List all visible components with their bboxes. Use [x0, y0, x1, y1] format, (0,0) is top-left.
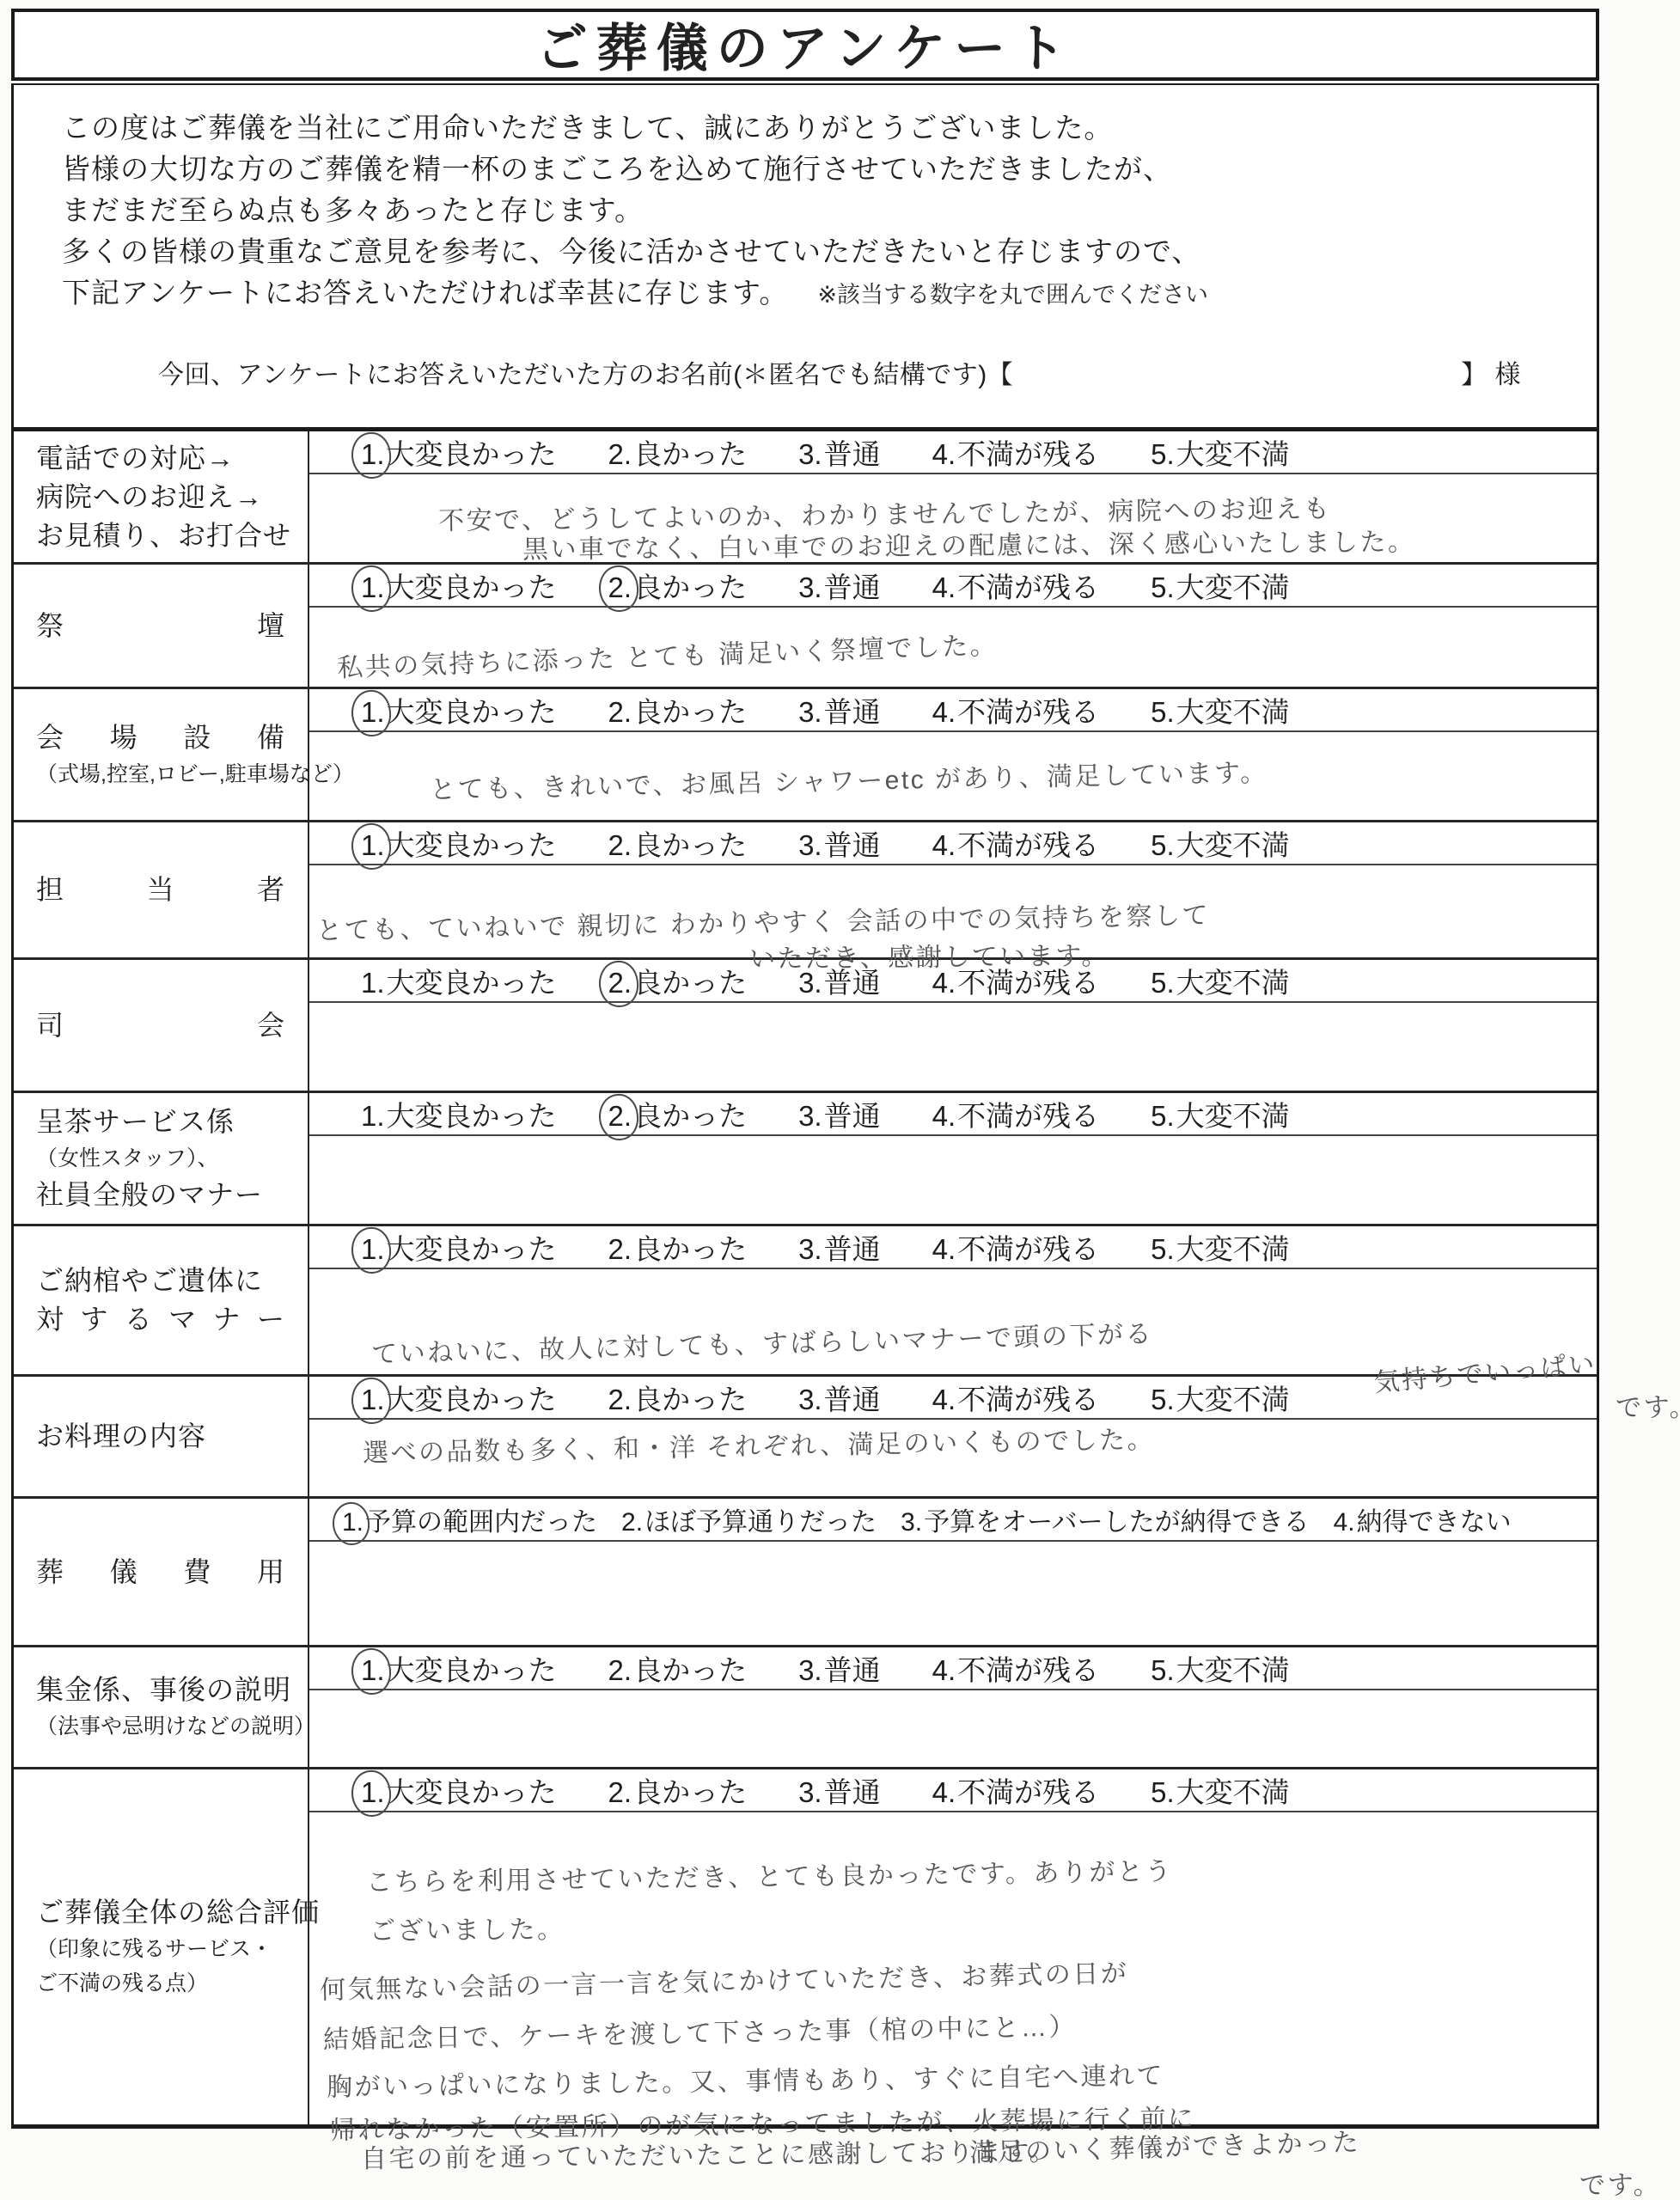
- rating-option: 5.大変不満: [1149, 1094, 1290, 1134]
- rating-option: 2.良かった: [607, 432, 748, 473]
- rating-option: 5.大変不満: [1149, 1378, 1290, 1418]
- row-label-cell: 呈茶サービス係（女性スタッフ）、社員全般のマナー: [14, 1093, 309, 1224]
- handwritten-comment: 何気無ない会話の一言一言を気にかけていただき、お葬式の日が: [320, 1952, 1129, 2007]
- option-number: 4.: [931, 829, 958, 862]
- rating-option: 4.不満が残る: [931, 565, 1100, 606]
- row-answer-cell: 1.大変良かった2.良かった3.普通4.不満が残る5.大変不満ていねいに、故人に…: [309, 1226, 1597, 1374]
- option-number: 5.: [1149, 1100, 1176, 1133]
- option-number: 3.: [797, 1384, 824, 1416]
- option-number: 4.: [931, 696, 958, 729]
- option-number: 2.: [607, 1776, 634, 1809]
- circled-option-number: 1.: [340, 1508, 365, 1537]
- rating-option: 5.大変不満: [1149, 690, 1290, 730]
- handwritten-footer-note-1: 自宅の前を通っていただいたことに感謝しております。: [361, 2130, 1058, 2175]
- form-title: ご葬儀のアンケート: [536, 8, 1074, 82]
- intro-line-5: 下記アンケートにお答えいただければ幸甚に存じます。※該当する数字を丸で囲んでくだ…: [62, 272, 1562, 315]
- rating-option: 4.不満が残る: [931, 1378, 1100, 1418]
- rating-option: 4.納得できない: [1332, 1500, 1512, 1538]
- option-label: 大変良かった: [387, 1227, 557, 1268]
- handwritten-comment: 選べの品数も多く、和・洋 それぞれ、満足のいくものでした。: [363, 1418, 1156, 1470]
- survey-row: 会場設備（式場,控室,ロビー,駐車場など）1.大変良かった2.良かった3.普通4…: [14, 689, 1597, 822]
- rating-option: 1.大変良かった: [359, 432, 557, 473]
- rating-option: 3.普通: [797, 1648, 881, 1689]
- row-label-line: ご納棺やご遺体に: [36, 1262, 285, 1300]
- row-label-line: 社員全般のマナー: [36, 1176, 285, 1214]
- row-label-cell: ご納棺やご遺体に対するマナー: [14, 1226, 309, 1374]
- options-line: 1.大変良かった2.良かった3.普通4.不満が残る5.大変不満: [309, 822, 1597, 865]
- handwritten-comment: こちらを利用させていただき、とても良かったです。ありがとう: [366, 1849, 1173, 1898]
- row-label-line: 祭壇: [36, 607, 285, 645]
- row-label-cell: 葬儀費用: [14, 1499, 309, 1645]
- options-line: 1.大変良かった2.良かった3.普通4.不満が残る5.大変不満: [309, 565, 1597, 608]
- name-suffix: 】 様: [1461, 353, 1521, 391]
- rating-option: 5.大変不満: [1149, 1770, 1290, 1811]
- option-label: 大変良かった: [387, 1094, 557, 1134]
- circled-option-number: 2.: [607, 967, 634, 999]
- rating-option: 3.普通: [797, 1094, 881, 1134]
- option-label: 大変不満: [1176, 432, 1290, 473]
- row-label-cell: 集金係、事後の説明（法事や忌明けなどの説明）: [14, 1647, 309, 1767]
- row-label-line: 病院へのお迎え→: [36, 478, 285, 516]
- option-number: 3.: [797, 829, 824, 862]
- comment-area: とても、ていねいで 親切に わかりやすく 会話の中での気持ちを察していただき、感…: [309, 865, 1597, 957]
- options-line: 1.大変良かった2.良かった3.普通4.不満が残る5.大変不満: [309, 431, 1597, 474]
- option-label: 不満が残る: [957, 1770, 1099, 1811]
- rating-option: 3.予算をオーバーしたが納得できる: [899, 1500, 1310, 1538]
- rating-option: 4.不満が残る: [931, 961, 1100, 1001]
- handwritten-comment: です。: [1616, 1386, 1680, 1424]
- row-answer-cell: 1.大変良かった2.良かった3.普通4.不満が残る5.大変不満選べの品数も多く、…: [309, 1377, 1597, 1496]
- rating-option: 1.大変良かった: [359, 823, 557, 864]
- option-label: 普通: [824, 1378, 881, 1418]
- option-number: 1.: [359, 1100, 387, 1133]
- rating-option: 2.良かった: [607, 1648, 748, 1689]
- option-label: 良かった: [633, 1227, 747, 1268]
- option-number: 2.: [620, 1508, 645, 1537]
- survey-row: ご葬儀全体の総合評価（印象に残るサービス・ご不満の残る点）1.大変良かった2.良…: [14, 1769, 1597, 2124]
- option-number: 3.: [797, 967, 824, 999]
- comment-area: 選べの品数も多く、和・洋 それぞれ、満足のいくものでした。: [309, 1420, 1597, 1496]
- survey-row: 葬儀費用1.予算の範囲内だった2.ほぼ予算通りだった3.予算をオーバーしたが納得…: [14, 1499, 1597, 1647]
- rating-option: 4.不満が残る: [931, 823, 1100, 864]
- options-line: 1.大変良かった2.良かった3.普通4.不満が残る5.大変不満: [309, 1377, 1597, 1420]
- rating-option: 1.大変良かった: [359, 1227, 557, 1268]
- option-number: 5.: [1149, 696, 1176, 729]
- row-label-line: 司会: [36, 1006, 285, 1045]
- option-label: 大変良かった: [387, 1770, 557, 1811]
- option-label: 不満が残る: [957, 1094, 1099, 1134]
- circle-instruction-note: ※該当する数字を丸で囲んでください: [817, 282, 1208, 308]
- row-label-cell: ご葬儀全体の総合評価（印象に残るサービス・ご不満の残る点）: [14, 1769, 309, 2124]
- option-label: 良かった: [633, 565, 747, 606]
- handwritten-comment: 黒い車でなく、白い車でのお迎えの配慮には、深く感心いたしました。: [522, 520, 1416, 565]
- options-line: 1.大変良かった2.良かった3.普通4.不満が残る5.大変不満: [309, 960, 1597, 1003]
- comment-area: [309, 1542, 1597, 1645]
- intro-line-4: 多くの皆様の貴重なご意見を参考に、今後に活かさせていただきたいと存じますので、: [62, 231, 1562, 272]
- handwritten-footer-note-3: です。: [1579, 2164, 1661, 2200]
- option-number: 4.: [1332, 1508, 1357, 1537]
- circled-option-number: 1.: [359, 438, 387, 471]
- comment-area: ていねいに、故人に対しても、すばらしいマナーで頭の下がる気持ちでいっぱいです。: [309, 1269, 1597, 1374]
- row-label-cell: 電話での対応→病院へのお迎え→お見積り、お打合せ: [14, 431, 309, 562]
- row-answer-cell: 1.大変良かった2.良かった3.普通4.不満が残る5.大変不満とても、ていねいで…: [309, 822, 1597, 957]
- option-label: 普通: [824, 690, 881, 730]
- row-label-line: ご不満の残る点）: [36, 1966, 285, 2001]
- rating-option: 4.不満が残る: [931, 1094, 1100, 1134]
- option-number: 2.: [607, 829, 634, 862]
- option-label: 不満が残る: [957, 823, 1099, 864]
- survey-row: 祭壇1.大変良かった2.良かった3.普通4.不満が残る5.大変不満私共の気持ちに…: [14, 565, 1597, 689]
- intro-line-3: まだまだ至らぬ点も多々あったと存じます。: [62, 190, 1562, 231]
- row-label-cell: 祭壇: [14, 565, 309, 687]
- row-label-cell: 会場設備（式場,控室,ロビー,駐車場など）: [14, 689, 309, 820]
- rating-option: 5.大変不満: [1149, 1227, 1290, 1268]
- rating-option: 1.大変良かった: [359, 1378, 557, 1418]
- survey-table: 電話での対応→病院へのお迎え→お見積り、お打合せ1.大変良かった2.良かった3.…: [11, 429, 1599, 2129]
- rating-option: 3.普通: [797, 1770, 881, 1811]
- circled-option-number: 1.: [359, 1776, 387, 1809]
- row-answer-cell: 1.大変良かった2.良かった3.普通4.不満が残る5.大変不満: [309, 1647, 1597, 1767]
- handwritten-comment: 胸がいっぱいになりました。又、事情もあり、すぐに自宅へ連れて: [327, 2054, 1165, 2104]
- option-number: 2.: [607, 438, 634, 471]
- option-label: 普通: [824, 961, 881, 1001]
- option-label: 大変良かった: [387, 690, 557, 730]
- row-label-line: ご葬儀全体の総合評価: [36, 1893, 285, 1932]
- rating-option: 3.普通: [797, 823, 881, 864]
- row-label-line: 葬儀費用: [36, 1553, 285, 1592]
- options-line: 1.大変良かった2.良かった3.普通4.不満が残る5.大変不満: [309, 1769, 1597, 1812]
- rating-option: 3.普通: [797, 432, 881, 473]
- option-number: 4.: [931, 1100, 958, 1133]
- row-label-line: （女性スタッフ）、: [36, 1141, 285, 1176]
- option-label: 不満が残る: [957, 565, 1099, 606]
- option-label: 良かった: [633, 961, 747, 1001]
- rating-option: 3.普通: [797, 1378, 881, 1418]
- rating-option: 1.大変良かった: [359, 565, 557, 606]
- comment-area: [309, 1690, 1597, 1767]
- survey-row: 司会1.大変良かった2.良かった3.普通4.不満が残る5.大変不満: [14, 960, 1597, 1093]
- handwritten-comment: ていねいに、故人に対しても、すばらしいマナーで頭の下がる: [371, 1312, 1154, 1371]
- rating-option: 5.大変不満: [1149, 1648, 1290, 1689]
- option-number: 3.: [797, 1776, 824, 1809]
- rating-option: 2.良かった: [607, 690, 748, 730]
- intro-line-5-text: 下記アンケートにお答えいただければ幸甚に存じます。: [62, 277, 788, 309]
- option-number: 5.: [1149, 438, 1176, 471]
- scanned-survey-sheet: ご葬儀のアンケート この度はご葬儀を当社にご用命いただきまして、誠にありがとうご…: [11, 9, 1599, 2129]
- option-number: 4.: [931, 438, 958, 471]
- handwritten-comment: 結婚記念日で、ケーキを渡して下さった事（棺の中にと…）: [323, 2005, 1078, 2056]
- option-label: 良かった: [633, 1648, 747, 1689]
- row-label-line: 集金係、事後の説明: [36, 1671, 285, 1709]
- options-line: 1.大変良かった2.良かった3.普通4.不満が残る5.大変不満: [309, 1226, 1597, 1269]
- row-answer-cell: 1.予算の範囲内だった2.ほぼ予算通りだった3.予算をオーバーしたが納得できる4…: [309, 1499, 1597, 1645]
- option-number: 3.: [797, 1233, 824, 1266]
- option-number: 2.: [607, 1233, 634, 1266]
- option-number: 4.: [931, 1384, 958, 1416]
- option-label: 不満が残る: [957, 1227, 1099, 1268]
- option-label: 普通: [824, 1770, 881, 1811]
- option-number: 2.: [607, 1654, 634, 1687]
- row-label-line: お見積り、お打合せ: [36, 516, 285, 555]
- row-label-cell: 司会: [14, 960, 309, 1091]
- option-number: 1.: [359, 967, 387, 999]
- row-label-cell: お料理の内容: [14, 1377, 309, 1496]
- row-label-cell: 担当者: [14, 822, 309, 957]
- option-label: 大変不満: [1176, 1648, 1290, 1689]
- rating-option: 3.普通: [797, 961, 881, 1001]
- option-label: 良かった: [633, 432, 747, 473]
- option-label: ほぼ予算通りだった: [645, 1500, 877, 1538]
- row-label-line: 会場設備: [36, 718, 285, 757]
- row-answer-cell: 1.大変良かった2.良かった3.普通4.不満が残る5.大変不満不安で、どうしてよ…: [309, 431, 1597, 562]
- option-number: 4.: [931, 967, 958, 999]
- options-line: 1.大変良かった2.良かった3.普通4.不満が残る5.大変不満: [309, 689, 1597, 732]
- option-label: 納得できない: [1357, 1500, 1512, 1538]
- option-label: 大変不満: [1176, 565, 1290, 606]
- option-number: 3.: [797, 696, 824, 729]
- option-number: 4.: [931, 1776, 958, 1809]
- rating-option: 5.大変不満: [1149, 961, 1290, 1001]
- option-number: 4.: [931, 1233, 958, 1266]
- rating-option: 4.不満が残る: [931, 1770, 1100, 1811]
- rating-option: 4.不満が残る: [931, 432, 1100, 473]
- survey-row: 集金係、事後の説明（法事や忌明けなどの説明）1.大変良かった2.良かった3.普通…: [14, 1647, 1597, 1769]
- option-label: 普通: [824, 565, 881, 606]
- comment-area: 私共の気持ちに添った とても 満足いく祭壇でした。: [309, 608, 1597, 687]
- row-label-line: （法事や忌明けなどの説明）: [36, 1709, 285, 1744]
- option-number: 5.: [1149, 829, 1176, 862]
- option-label: 不満が残る: [957, 1648, 1099, 1689]
- handwritten-comment: ございました。: [370, 1908, 565, 1947]
- rating-option: 1.大変良かった: [359, 690, 557, 730]
- row-answer-cell: 1.大変良かった2.良かった3.普通4.不満が残る5.大変不満とても、きれいで、…: [309, 689, 1597, 820]
- row-answer-cell: 1.大変良かった2.良かった3.普通4.不満が残る5.大変不満: [309, 960, 1597, 1091]
- option-label: 良かった: [633, 1378, 747, 1418]
- comment-area: [309, 1136, 1597, 1224]
- row-label-line: お料理の内容: [36, 1417, 285, 1456]
- option-label: 予算をオーバーしたが納得できる: [924, 1500, 1310, 1538]
- circled-option-number: 1.: [359, 1384, 387, 1416]
- option-number: 5.: [1149, 1384, 1176, 1416]
- row-label-line: （式場,控室,ロビー,駐車場など）: [36, 757, 285, 791]
- option-label: 大変良かった: [387, 432, 557, 473]
- rating-option: 4.不満が残る: [931, 1648, 1100, 1689]
- option-label: 大変不満: [1176, 823, 1290, 864]
- intro-line-1: この度はご葬儀を当社にご用命いただきまして、誠にありがとうございました。: [62, 107, 1562, 149]
- option-number: 3.: [797, 438, 824, 471]
- row-label-line: 対するマナー: [36, 1300, 285, 1339]
- option-label: 普通: [824, 1227, 881, 1268]
- comment-area: こちらを利用させていただき、とても良かったです。ありがとうございました。何気無な…: [309, 1812, 1597, 2124]
- options-line: 1.大変良かった2.良かった3.普通4.不満が残る5.大変不満: [309, 1647, 1597, 1690]
- rating-option: 1.大変良かった: [359, 1770, 557, 1811]
- option-label: 大変良かった: [387, 823, 557, 864]
- option-label: 大変良かった: [387, 961, 557, 1001]
- option-number: 3.: [797, 1654, 824, 1687]
- rating-option: 2.良かった: [607, 1378, 748, 1418]
- row-answer-cell: 1.大変良かった2.良かった3.普通4.不満が残る5.大変不満こちらを利用させて…: [309, 1769, 1597, 2124]
- respondent-name-line: 今回、アンケートにお答えいただいた方のお名前(＊匿名でも結構です)【 】 様: [62, 353, 1562, 391]
- rating-option: 5.大変不満: [1149, 432, 1290, 473]
- rating-option: 5.大変不満: [1149, 823, 1290, 864]
- option-label: 良かった: [633, 1770, 747, 1811]
- comment-area: 不安で、どうしてよいのか、わかりませんでしたが、病院へのお迎えも黒い車でなく、白…: [309, 474, 1597, 562]
- option-number: 2.: [607, 1384, 634, 1416]
- circled-option-number: 2.: [607, 571, 634, 604]
- option-label: 大変良かった: [387, 565, 557, 606]
- option-label: 大変不満: [1176, 1770, 1290, 1811]
- option-label: 大変不満: [1176, 1378, 1290, 1418]
- option-label: 不満が残る: [957, 690, 1099, 730]
- rating-option: 2.良かった: [607, 565, 748, 606]
- option-label: 良かった: [633, 1094, 747, 1134]
- option-label: 不満が残る: [957, 1378, 1099, 1418]
- survey-row: ご納棺やご遺体に対するマナー1.大変良かった2.良かった3.普通4.不満が残る5…: [14, 1226, 1597, 1377]
- option-label: 予算の範囲内だった: [365, 1500, 597, 1538]
- option-number: 4.: [931, 1654, 958, 1687]
- option-label: 大変不満: [1176, 961, 1290, 1001]
- comment-area: [309, 1003, 1597, 1091]
- rating-option: 3.普通: [797, 565, 881, 606]
- option-label: 大変不満: [1176, 1094, 1290, 1134]
- rating-option: 2.良かった: [607, 1227, 748, 1268]
- rating-option: 2.良かった: [607, 1770, 748, 1811]
- row-label-line: 電話での対応→: [36, 439, 285, 478]
- option-label: 大変良かった: [387, 1648, 557, 1689]
- rating-option: 1.大変良かった: [359, 1648, 557, 1689]
- option-label: 不満が残る: [957, 432, 1099, 473]
- survey-row: 担当者1.大変良かった2.良かった3.普通4.不満が残る5.大変不満とても、てい…: [14, 822, 1597, 960]
- circled-option-number: 1.: [359, 1654, 387, 1687]
- row-label-line: 担当者: [36, 871, 285, 909]
- option-label: 普通: [824, 432, 881, 473]
- name-prompt: 今回、アンケートにお答えいただいた方のお名前(＊匿名でも結構です)【: [158, 353, 1013, 391]
- survey-row: 電話での対応→病院へのお迎え→お見積り、お打合せ1.大変良かった2.良かった3.…: [14, 431, 1597, 565]
- option-number: 2.: [607, 696, 634, 729]
- rating-option: 1.大変良かった: [359, 1094, 557, 1134]
- option-label: 良かった: [633, 690, 747, 730]
- intro-section: この度はご葬儀を当社にご用命いただきまして、誠にありがとうございました。 皆様の…: [11, 83, 1599, 430]
- title-box: ご葬儀のアンケート: [11, 9, 1599, 81]
- survey-row: 呈茶サービス係（女性スタッフ）、社員全般のマナー1.大変良かった2.良かった3.…: [14, 1093, 1597, 1226]
- circled-option-number: 1.: [359, 1233, 387, 1266]
- row-answer-cell: 1.大変良かった2.良かった3.普通4.不満が残る5.大変不満私共の気持ちに添っ…: [309, 565, 1597, 687]
- rating-option: 5.大変不満: [1149, 565, 1290, 606]
- option-label: 普通: [824, 823, 881, 864]
- rating-option: 2.ほぼ予算通りだった: [620, 1500, 877, 1538]
- option-label: 良かった: [633, 823, 747, 864]
- row-label-line: 呈茶サービス係: [36, 1103, 285, 1141]
- option-number: 3.: [797, 571, 824, 604]
- rating-option: 4.不満が残る: [931, 690, 1100, 730]
- option-number: 4.: [931, 571, 958, 604]
- rating-option: 4.不満が残る: [931, 1227, 1100, 1268]
- option-label: 大変不満: [1176, 690, 1290, 730]
- circled-option-number: 1.: [359, 829, 387, 862]
- handwritten-comment: とても、きれいで、お風呂 シャワーetc があり、満足しています。: [430, 751, 1268, 806]
- option-number: 5.: [1149, 1654, 1176, 1687]
- option-label: 普通: [824, 1648, 881, 1689]
- intro-line-2: 皆様の大切な方のご葬儀を精一杯のまごころを込めて施行させていただきましたが、: [62, 149, 1562, 190]
- circled-option-number: 1.: [359, 571, 387, 604]
- rating-option: 1.大変良かった: [359, 961, 557, 1001]
- rating-option: 1.予算の範囲内だった: [340, 1500, 597, 1538]
- rating-option: 3.普通: [797, 1227, 881, 1268]
- option-number: 5.: [1149, 1233, 1176, 1266]
- row-label-line: （印象に残るサービス・: [36, 1932, 285, 1966]
- row-answer-cell: 1.大変良かった2.良かった3.普通4.不満が残る5.大変不満: [309, 1093, 1597, 1224]
- option-label: 大変良かった: [387, 1378, 557, 1418]
- option-number: 5.: [1149, 967, 1176, 999]
- option-label: 普通: [824, 1094, 881, 1134]
- option-label: 大変不満: [1176, 1227, 1290, 1268]
- circled-option-number: 2.: [607, 1100, 634, 1133]
- rating-option: 2.良かった: [607, 823, 748, 864]
- handwritten-comment: 私共の気持ちに添った とても 満足いく祭壇でした。: [336, 624, 998, 685]
- options-line: 1.大変良かった2.良かった3.普通4.不満が残る5.大変不満: [309, 1093, 1597, 1136]
- survey-row: お料理の内容1.大変良かった2.良かった3.普通4.不満が残る5.大変不満選べの…: [14, 1377, 1597, 1499]
- rating-option: 3.普通: [797, 690, 881, 730]
- rating-option: 2.良かった: [607, 961, 748, 1001]
- option-number: 5.: [1149, 571, 1176, 604]
- option-label: 不満が残る: [957, 961, 1099, 1001]
- options-line: 1.予算の範囲内だった2.ほぼ予算通りだった3.予算をオーバーしたが納得できる4…: [309, 1499, 1597, 1542]
- option-number: 3.: [797, 1100, 824, 1133]
- comment-area: とても、きれいで、お風呂 シャワーetc があり、満足しています。: [309, 732, 1597, 820]
- circled-option-number: 1.: [359, 696, 387, 729]
- rating-option: 2.良かった: [607, 1094, 748, 1134]
- option-number: 3.: [899, 1508, 924, 1537]
- option-number: 5.: [1149, 1776, 1176, 1809]
